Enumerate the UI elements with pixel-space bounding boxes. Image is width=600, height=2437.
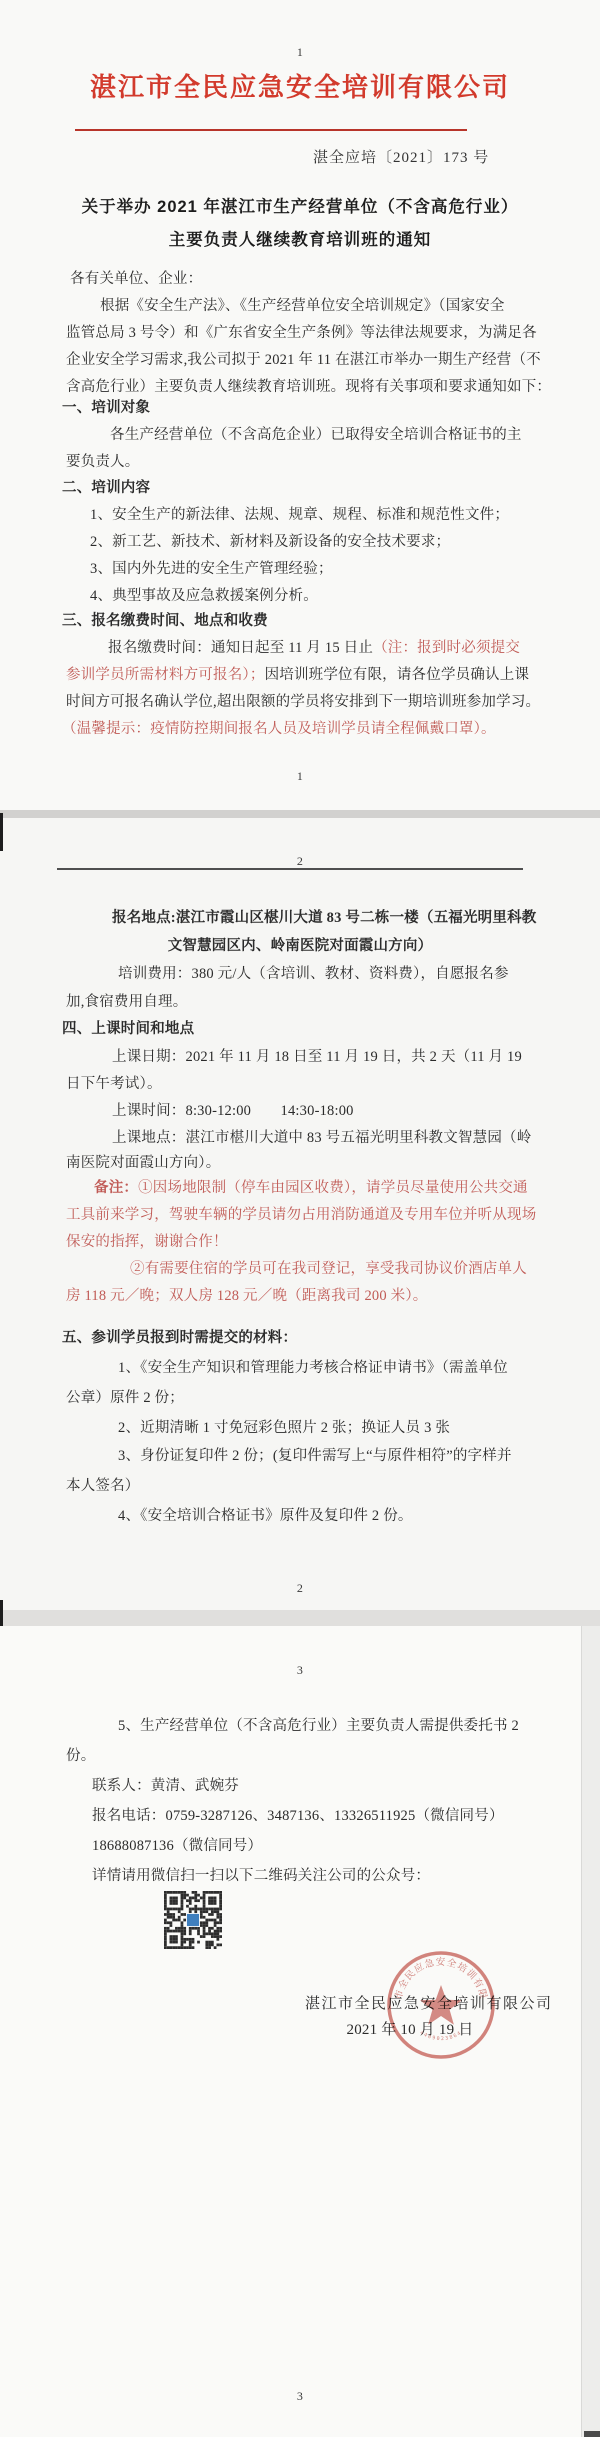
section2-heading: 二、培训内容 — [62, 478, 150, 498]
material-item: 1、《安全生产知识和管理能力考核合格证申请书》（需盖单位 — [118, 1358, 508, 1378]
scan-edge-shading — [581, 1626, 600, 2437]
training-fee-line2: 加,食宿费用自理。 — [66, 992, 187, 1012]
fee-line1-red-note: （注：报到时必须提交 — [373, 640, 520, 656]
fee-line3: 时间方可报名确认学位,超出限额的学员将安排到下一期培训班参加学习。 — [66, 692, 540, 712]
material-item: 本人签名） — [66, 1476, 140, 1496]
salutation: 各有关单位、企业： — [70, 269, 202, 289]
section5-heading: 五、参训学员报到时需提交的材料： — [62, 1328, 297, 1348]
remark2-line2: 房 118 元／晚；双人房 128 元／晚（距离我司 200 米）。 — [66, 1286, 428, 1306]
page1-bottom-page-number: 1 — [0, 766, 600, 786]
scan-line-artifact — [57, 868, 523, 870]
document-title-line2: 主要负责人继续教育培训班的通知 — [0, 230, 600, 250]
material-item: 2、近期清晰 1 寸免冠彩色照片 2 张；换证人员 3 张 — [118, 1418, 450, 1438]
section3-heading: 三、报名缴费时间、地点和收费 — [62, 611, 268, 631]
page1-top-page-number: 1 — [0, 42, 600, 62]
section1-heading: 一、培训对象 — [62, 398, 150, 418]
material-item: 3、身份证复印件 2 份；(复印件需写上“与原件相符”的字样并 — [118, 1446, 512, 1466]
page3-bottom-page-number: 3 — [0, 2386, 600, 2406]
qr-code-svg — [164, 1891, 222, 1949]
class-date-line1: 上课日期：2021 年 11 月 18 日至 11 月 19 日，共 2 天（1… — [112, 1047, 522, 1067]
fee-line2-black: 因培训班学位有限，请各位学员确认上课 — [265, 667, 530, 683]
fee-line1-black: 报名缴费时间：通知日起至 11 月 15 日止 — [108, 640, 373, 656]
class-date-line2: 日下午考试）。 — [66, 1074, 162, 1094]
seal-serial-number: 4409023864 — [419, 2030, 464, 2042]
page3-top-page-number: 3 — [0, 1660, 600, 1680]
scan-edge-artifact — [0, 813, 3, 851]
body-line: 企业安全学习需求,我公司拟于 2021 年 11 在湛江市举办一期生产经营（不 — [66, 350, 541, 370]
covid-tip: （温馨提示：疫情防控期间报名人员及培训学员请全程佩戴口罩）。 — [62, 719, 496, 739]
scan-corner-artifact — [584, 2431, 600, 2437]
class-time: 上课时间：8:30-12:00 14:30-18:00 — [112, 1101, 354, 1121]
page-3: 3 5、生产经营单位（不含高危行业）主要负责人需提供委托书 2 份。 联系人：黄… — [0, 1626, 600, 2437]
body-line: 含高危行业）主要负责人继续教育培训班。现将有关事项和要求通知如下： — [66, 377, 551, 397]
document-title-line1: 关于举办 2021 年湛江市生产经营单位（不含高危行业） — [0, 197, 600, 217]
content-item: 1、安全生产的新法律、法规、规章、规程、标准和规范性文件； — [90, 505, 509, 525]
section4-heading: 四、上课时间和地点 — [62, 1019, 194, 1039]
company-letterhead: 湛江市全民应急安全培训有限公司 — [0, 78, 600, 98]
scanned-document: { "colors": { "accent_red": "#d23a2c", "… — [0, 0, 600, 2437]
material-item: 4、《安全培训合格证书》原件及复印件 2 份。 — [118, 1506, 413, 1526]
remark-line1: 备注：①因场地限制（停车由园区收费），请学员尽量使用公共交通 — [94, 1178, 528, 1198]
page-1: 1 湛江市全民应急安全培训有限公司 湛全应培〔2021〕173 号 关于举办 2… — [0, 0, 600, 810]
svg-text:4409023864: 4409023864 — [419, 2030, 464, 2042]
registration-place-line1: 报名地点:湛江市霞山区椹川大道 83 号二栋一楼（五福光明里科教 — [112, 908, 536, 928]
section1-text: 各生产经营单位（不含高危企业）已取得安全培训合格证书的主 — [110, 425, 522, 445]
letterhead-divider — [75, 129, 467, 131]
training-fee-line1: 培训费用：380 元/人（含培训、教材、资料费），自愿报名参 — [118, 964, 509, 984]
phone-line1: 报名电话：0759-3287126、3487136、13326511925（微信… — [92, 1806, 504, 1826]
qr-caption: 详情请用微信扫一扫以下二维码关注公司的公众号： — [92, 1866, 430, 1886]
material-item: 份。 — [66, 1746, 95, 1766]
registration-place-line2: 文智慧园区内、岭南医院对面霞山方向） — [0, 936, 600, 956]
company-seal: 湛江市全民应急安全培训有限公司 4409023864 — [380, 1944, 502, 2066]
page-gap — [0, 810, 600, 818]
content-item: 3、国内外先进的安全生产管理经验； — [90, 559, 333, 579]
qr-code — [164, 1891, 222, 1949]
contact-person: 联系人：黄清、武婉芬 — [92, 1776, 239, 1796]
scan-edge-artifact — [0, 1600, 3, 1626]
fee-line2-red-note: 参训学员所需材料方可报名）； — [66, 667, 265, 683]
section1-text: 要负责人。 — [66, 452, 140, 472]
fee-line2: 参训学员所需材料方可报名）；因培训班学位有限，请各位学员确认上课 — [66, 665, 529, 685]
body-line: 根据《安全生产法》、《生产经营单位安全培训规定》（国家安全 — [100, 296, 505, 316]
remark-line3: 保安的指挥，谢谢合作！ — [66, 1232, 228, 1252]
fee-line1: 报名缴费时间：通知日起至 11 月 15 日止（注：报到时必须提交 — [108, 638, 520, 658]
remark2-line1: ②有需要住宿的学员可在我司登记，享受我司协议价酒店单人 — [130, 1259, 527, 1279]
material-item: 5、生产经营单位（不含高危行业）主要负责人需提供委托书 2 — [118, 1716, 519, 1736]
material-item: 公章）原件 2 份； — [66, 1388, 184, 1408]
class-place-line1: 上课地点：湛江市椹川大道中 83 号五福光明里科教文智慧园（岭 — [112, 1128, 531, 1148]
remark1-text: ①因场地限制（停车由园区收费），请学员尽量使用公共交通 — [138, 1180, 528, 1196]
remark-label: 备注： — [94, 1180, 138, 1196]
content-item: 4、典型事故及应急救援案例分析。 — [90, 586, 318, 606]
body-line: 监管总局 3 号令）和《广东省安全生产条例》等法律法规要求，为满足各 — [66, 323, 537, 343]
content-item: 2、新工艺、新技术、新材料及新设备的安全技术要求； — [90, 532, 450, 552]
page-gap — [0, 1610, 600, 1626]
seal-star-icon — [420, 1985, 462, 2025]
page2-bottom-page-number: 2 — [0, 1578, 600, 1598]
page-2: 2 报名地点:湛江市霞山区椹川大道 83 号二栋一楼（五福光明里科教 文智慧园区… — [0, 818, 600, 1610]
class-place-line2: 南医院对面霞山方向）。 — [66, 1153, 220, 1173]
document-number: 湛全应培〔2021〕173 号 — [313, 148, 489, 168]
remark-line2: 工具前来学习，驾驶车辆的学员请勿占用消防通道及专用车位并听从现场 — [66, 1205, 536, 1225]
phone-line2: 18688087136（微信同号） — [92, 1836, 262, 1856]
